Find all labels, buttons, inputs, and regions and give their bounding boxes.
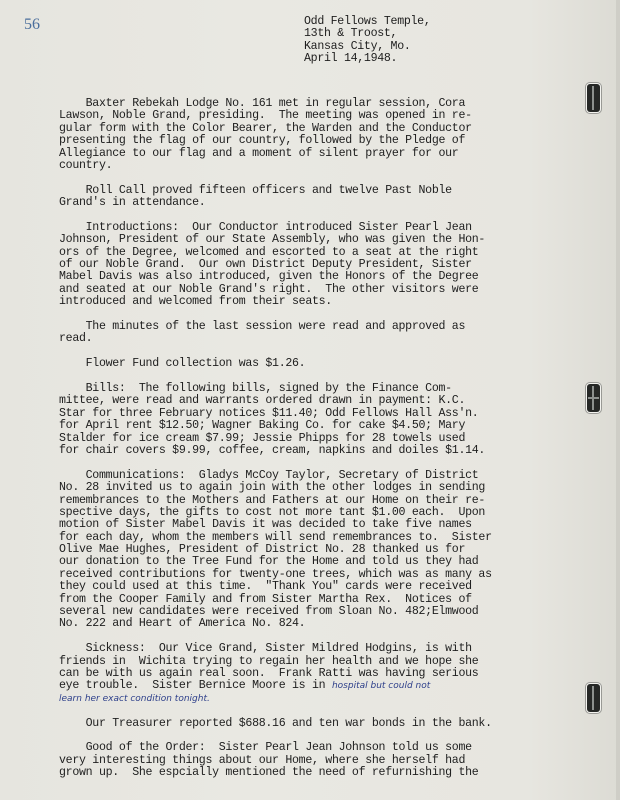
minutes-body: Baxter Rebekah Lodge No. 161 met in regu… <box>59 98 579 792</box>
paragraph-introductions: Introductions: Our Conductor introduced … <box>59 222 579 309</box>
typed-text: Allegiance to our flag and a moment of s… <box>59 147 458 160</box>
binder-tab-middle <box>587 384 600 412</box>
typed-text: presenting the flag of our country, foll… <box>59 134 465 147</box>
typed-text: received contributions for twenty-one tr… <box>59 568 492 581</box>
heading-line: 13th & Troost, <box>304 28 431 40</box>
typed-text: Stalder for ice cream $7.99; Jessie Phip… <box>59 432 465 445</box>
typed-text: mittee, were read and warrants ordered d… <box>59 394 465 407</box>
typed-text: Sickness: Our Vice Grand, Sister Mildred… <box>59 642 472 655</box>
typed-text: Johnson, President of our State Assembly… <box>59 233 485 246</box>
typed-text: introduced and welcomed from their seats… <box>59 295 332 308</box>
paragraph-flower-fund: Flower Fund collection was $1.26. <box>59 358 579 370</box>
typed-text: No. 28 invited us to again join with the… <box>59 481 485 494</box>
typed-text: Star for three February notices $11.40; … <box>59 407 478 420</box>
paragraph-minutes: The minutes of the last session were rea… <box>59 321 579 346</box>
text-line: country. <box>59 160 579 172</box>
typed-text: Introductions: Our Conductor introduced … <box>59 221 472 234</box>
text-line: Flower Fund collection was $1.26. <box>59 358 579 370</box>
handwritten-annotation: hospital but could not <box>332 681 430 691</box>
letter-heading: Odd Fellows Temple,13th & Troost,Kansas … <box>304 16 431 66</box>
paragraph-sickness: Sickness: Our Vice Grand, Sister Mildred… <box>59 643 579 705</box>
typed-text: Bills: The following bills, signed by th… <box>59 382 452 395</box>
typed-text: remembrances to the Mothers and Fathers … <box>59 494 485 507</box>
typed-text: several new candidates were received fro… <box>59 605 478 618</box>
typed-text: No. 222 and Heart of America No. 824. <box>59 617 305 630</box>
typed-text: Flower Fund collection was $1.26. <box>59 357 305 370</box>
typed-text: Lawson, Noble Grand, presiding. The meet… <box>59 109 472 122</box>
typed-text: spective days, the gifts to cost not mor… <box>59 506 485 519</box>
binder-tab-bottom <box>587 684 600 712</box>
paragraph-treasurer: Our Treasurer reported $688.16 and ten w… <box>59 718 579 730</box>
typed-text: our donation to the Tree Fund for the Ho… <box>59 555 478 568</box>
typed-text: country. <box>59 159 112 172</box>
text-line: read. <box>59 333 579 345</box>
typed-text: and seated at our Noble Grand's right. T… <box>59 283 478 296</box>
text-line: for chair covers $9.99, coffee, cream, n… <box>59 445 579 457</box>
typed-text: Communications: Gladys McCoy Taylor, Sec… <box>59 469 478 482</box>
text-line: eye trouble. Sister Bernice Moore is in … <box>59 680 579 692</box>
text-line: Grand's in attendance. <box>59 197 579 209</box>
paragraph-good-of-order: Good of the Order: Sister Pearl Jean Joh… <box>59 742 579 779</box>
typed-text: Olive Mae Hughes, President of District … <box>59 543 465 556</box>
typed-text: Grand's in attendance. <box>59 196 205 209</box>
text-line: grown up. She espcially mentioned the ne… <box>59 767 579 779</box>
typed-text: very interesting things about our Home, … <box>59 754 465 767</box>
typed-text: friends in Wichita trying to regain her … <box>59 655 478 668</box>
paragraph-opening: Baxter Rebekah Lodge No. 161 met in regu… <box>59 98 579 172</box>
text-line: Allegiance to our flag and a moment of s… <box>59 148 579 160</box>
typed-text: for April rent $12.50; Wagner Baking Co.… <box>59 419 465 432</box>
typed-text: The minutes of the last session were rea… <box>59 320 465 333</box>
typed-text: motion of Sister Mabel Davis it was deci… <box>59 518 472 531</box>
typed-text: can be with us again real soon. Frank Ra… <box>59 667 478 680</box>
typed-text: gular form with the Color Bearer, the Wa… <box>59 122 472 135</box>
text-line: No. 222 and Heart of America No. 824. <box>59 618 579 630</box>
heading-line: April 14,1948. <box>304 53 431 65</box>
page-number: 56 <box>24 16 40 34</box>
typed-text: for each day, whom the members will send… <box>59 531 492 544</box>
typed-text: Good of the Order: Sister Pearl Jean Joh… <box>59 741 472 754</box>
typed-text: they could used at this time. "Thank You… <box>59 580 472 593</box>
paragraph-roll-call: Roll Call proved fifteen officers and tw… <box>59 185 579 210</box>
paragraph-bills: Bills: The following bills, signed by th… <box>59 383 579 457</box>
typed-text: Baxter Rebekah Lodge No. 161 met in regu… <box>59 97 465 110</box>
typed-text: grown up. She espcially mentioned the ne… <box>59 766 478 779</box>
typed-text: from the Cooper Family and from Sister M… <box>59 593 472 606</box>
typed-text: ors of the Degree, welcomed and escorted… <box>59 246 478 259</box>
handwritten-annotation: learn her exact condition tonight. <box>59 693 579 705</box>
typed-text: Roll Call proved fifteen officers and tw… <box>59 184 452 197</box>
typed-text: read. <box>59 332 92 345</box>
typed-text: of our Noble Grand. Our own District Dep… <box>59 258 472 271</box>
document-page: 56 Odd Fellows Temple,13th & Troost,Kans… <box>0 0 620 800</box>
page-edge-shadow <box>616 0 620 800</box>
paragraph-communications: Communications: Gladys McCoy Taylor, Sec… <box>59 470 579 631</box>
typed-text: eye trouble. Sister Bernice Moore is in <box>59 679 332 692</box>
typed-text: Our Treasurer reported $688.16 and ten w… <box>59 717 492 730</box>
text-line: The minutes of the last session were rea… <box>59 321 579 333</box>
binder-tab-top <box>587 84 600 112</box>
typed-text: for chair covers $9.99, coffee, cream, n… <box>59 444 485 457</box>
typed-text: Mabel Davis was also introduced, given t… <box>59 270 478 283</box>
text-line: introduced and welcomed from their seats… <box>59 296 579 308</box>
text-line: Our Treasurer reported $688.16 and ten w… <box>59 718 579 730</box>
